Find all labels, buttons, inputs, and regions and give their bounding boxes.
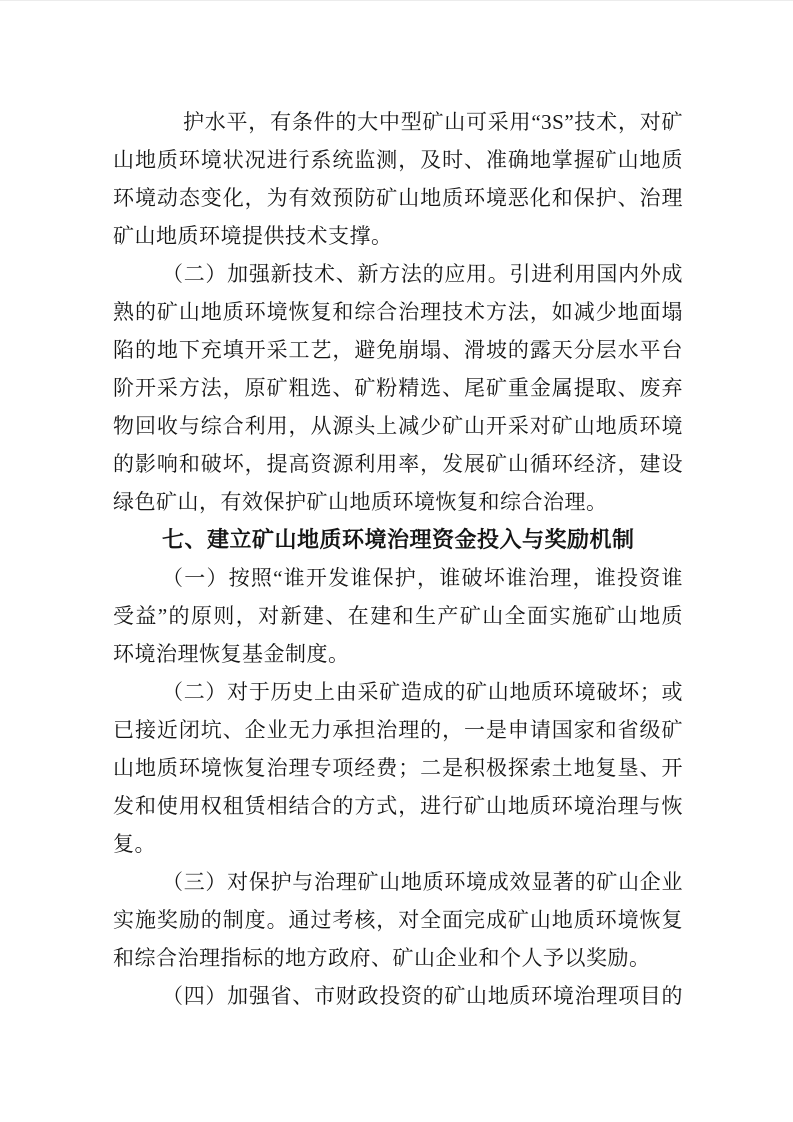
text-line: 受益”的原则，对新建、在建和生产矿山全面实施矿山地质 [113,597,683,635]
text-line: 护水平，有条件的大中型矿山可采用“3S”技术，对矿 [113,103,683,141]
text-line: 环境动态变化，为有效预防矿山地质环境恶化和保护、治理 [113,179,683,217]
text-line: 陷的地下充填开采工艺，避免崩塌、滑坡的露天分层水平台 [113,331,683,369]
text-line: （一）按照“谁开发谁保护，谁破坏谁治理，谁投资谁 [113,559,683,597]
text-line: 和综合治理指标的地方政府、矿山企业和个人予以奖励。 [113,939,683,977]
text-line: 熟的矿山地质环境恢复和综合治理技术方法，如减少地面塌 [113,293,683,331]
text-line: 阶开采方法，原矿粗选、矿粉精选、尾矿重金属提取、废弃 [113,369,683,407]
text-line: （三）对保护与治理矿山地质环境成效显著的矿山企业 [113,863,683,901]
text-line: 山地质环境恢复治理专项经费；二是积极探索土地复垦、开 [113,749,683,787]
text-block: 护水平，有条件的大中型矿山可采用“3S”技术，对矿山地质环境状况进行系统监测，及… [113,103,683,1015]
text-line: 绿色矿山，有效保护矿山地质环境恢复和综合治理。 [113,483,683,521]
text-line: 已接近闭坑、企业无力承担治理的，一是申请国家和省级矿 [113,711,683,749]
text-line: 的影响和破坏，提高资源利用率，发展矿山循环经济，建设 [113,445,683,483]
text-line: 物回收与综合利用，从源头上减少矿山开采对矿山地质环境 [113,407,683,445]
text-line: 复。 [113,825,683,863]
text-line: 矿山地质环境提供技术支撑。 [113,217,683,255]
text-line: 山地质环境状况进行系统监测，及时、准确地掌握矿山地质 [113,141,683,179]
text-line: 实施奖励的制度。通过考核，对全面完成矿山地质环境恢复 [113,901,683,939]
text-line: 环境治理恢复基金制度。 [113,635,683,673]
document-page: 护水平，有条件的大中型矿山可采用“3S”技术，对矿山地质环境状况进行系统监测，及… [0,0,793,1122]
text-line: （二）加强新技术、新方法的应用。引进利用国内外成 [113,255,683,293]
text-line: （四）加强省、市财政投资的矿山地质环境治理项目的 [113,977,683,1015]
section-heading: 七、建立矿山地质环境治理资金投入与奖励机制 [113,521,683,559]
text-line: （二）对于历史上由采矿造成的矿山地质环境破坏；或 [113,673,683,711]
text-line: 发和使用权租赁相结合的方式，进行矿山地质环境治理与恢 [113,787,683,825]
